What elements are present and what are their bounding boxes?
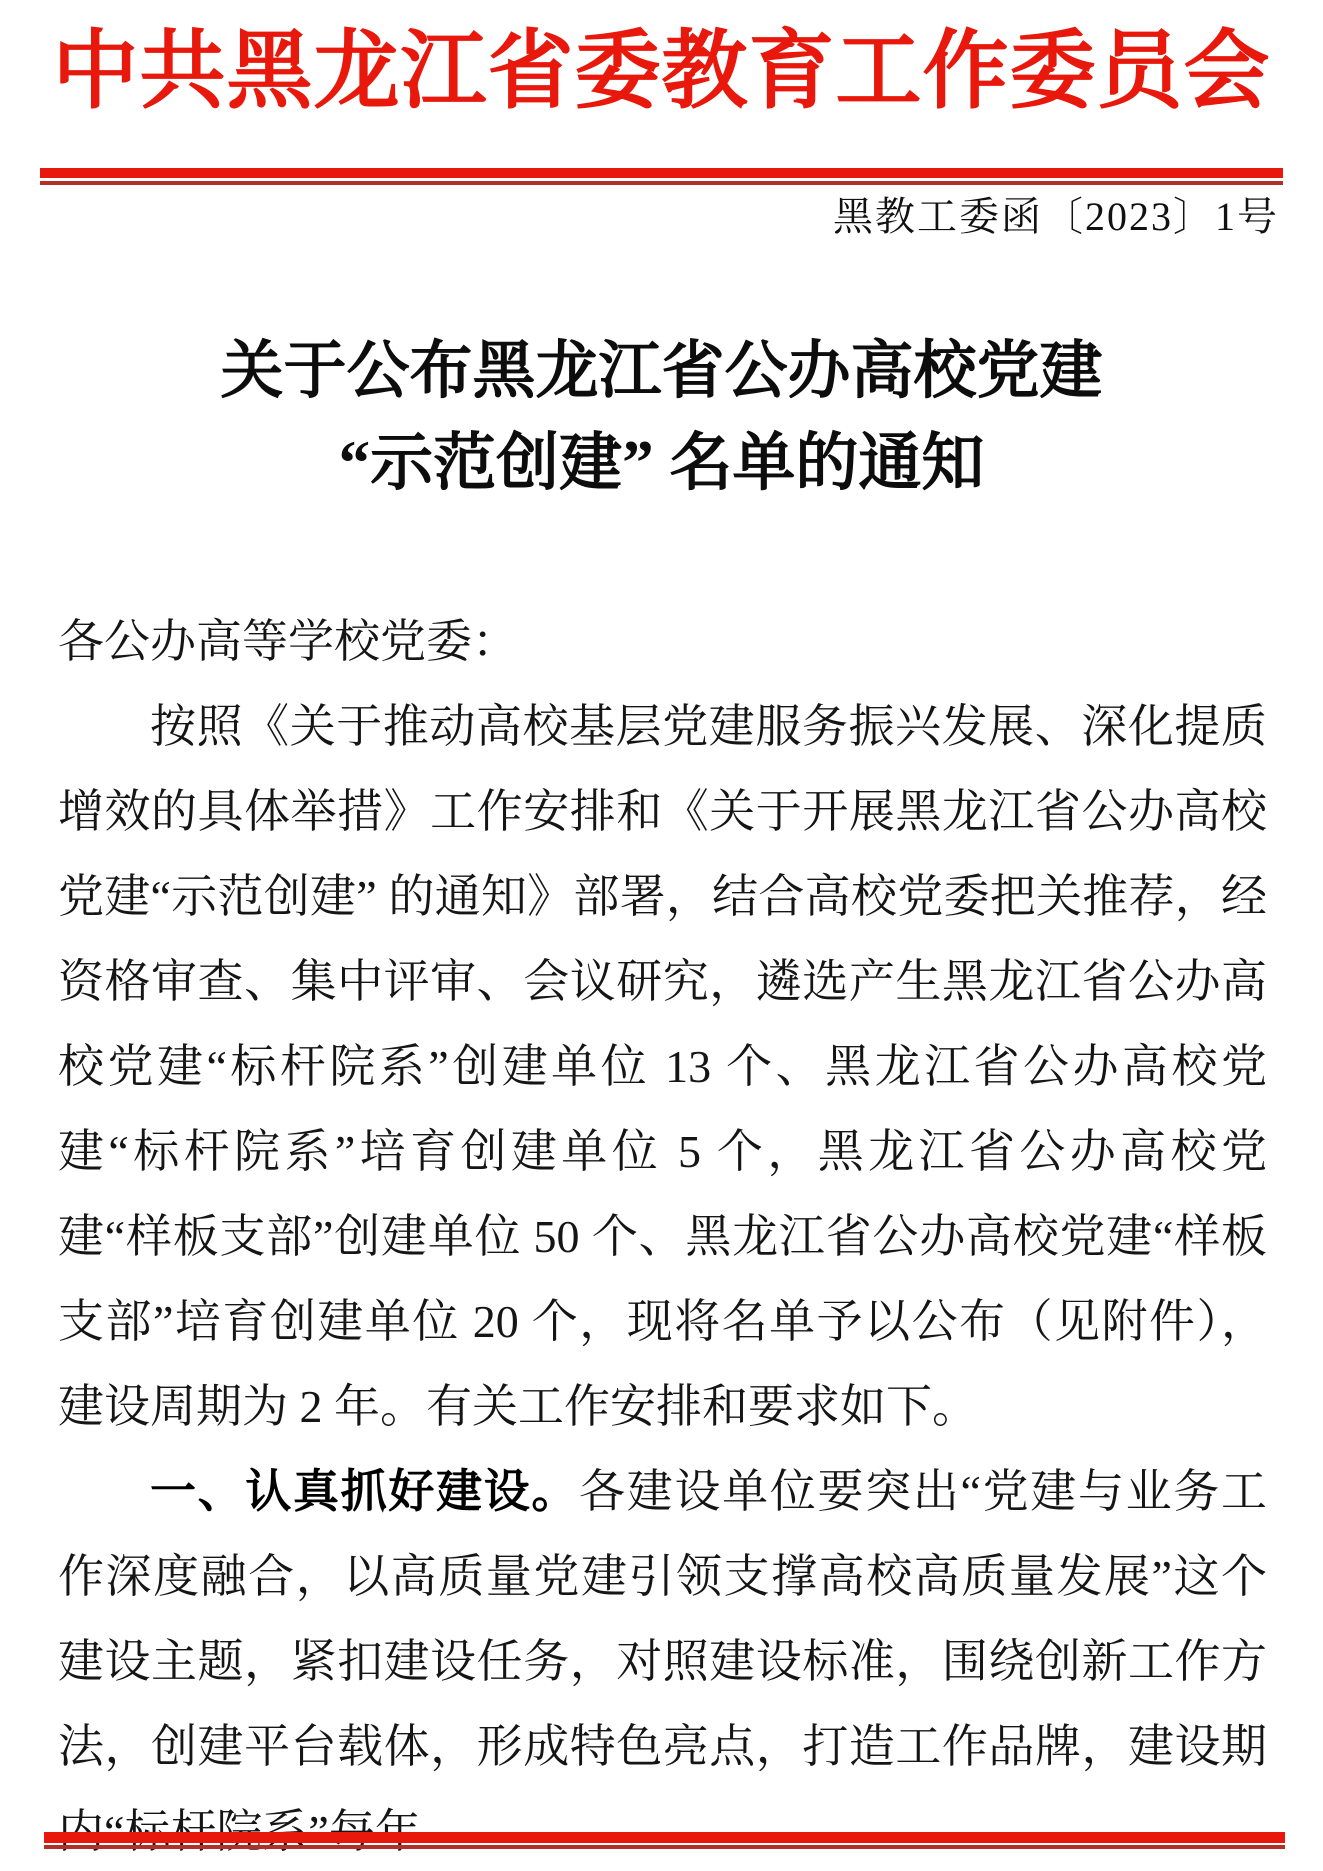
document-number: 黑教工委函〔2023〕1号: [0, 193, 1323, 241]
paragraph-2-text: 各建设单位要突出“党建与业务工作深度融合，以高质量党建引领支撑高校高质量发展”这…: [58, 1466, 1267, 1857]
paragraph-2: 一、认真抓好建设。各建设单位要突出“党建与业务工作深度融合，以高质量党建引领支撑…: [58, 1449, 1267, 1871]
salutation: 各公办高等学校党委：: [58, 599, 1267, 684]
header-divider-thin-line: [40, 181, 1283, 185]
document-title: 关于公布黑龙江省公办高校党建 “示范创建” 名单的通知: [0, 325, 1323, 509]
footer-divider-thick-line: [44, 1832, 1285, 1843]
issuing-org-title: 中共黑龙江省委教育工作委员会: [0, 0, 1323, 126]
document-title-line-1: 关于公布黑龙江省公办高校党建: [0, 325, 1323, 417]
footer-divider-thin-line: [44, 1845, 1285, 1849]
document-body: 各公办高等学校党委： 按照《关于推动高校基层党建服务振兴发展、深化提质增效的具体…: [58, 599, 1267, 1871]
document-title-line-2: “示范创建” 名单的通知: [0, 417, 1323, 509]
paragraph-1: 按照《关于推动高校基层党建服务振兴发展、深化提质增效的具体举措》工作安排和《关于…: [58, 684, 1267, 1449]
letterhead: 中共黑龙江省委教育工作委员会 黑教工委函〔2023〕1号: [0, 0, 1323, 241]
footer-divider: [44, 1832, 1285, 1849]
document-page: 中共黑龙江省委教育工作委员会 黑教工委函〔2023〕1号 关于公布黑龙江省公办高…: [0, 0, 1323, 1871]
header-divider: [40, 168, 1283, 185]
paragraph-2-heading: 一、认真抓好建设。: [150, 1465, 579, 1517]
header-divider-thick-line: [40, 168, 1283, 178]
